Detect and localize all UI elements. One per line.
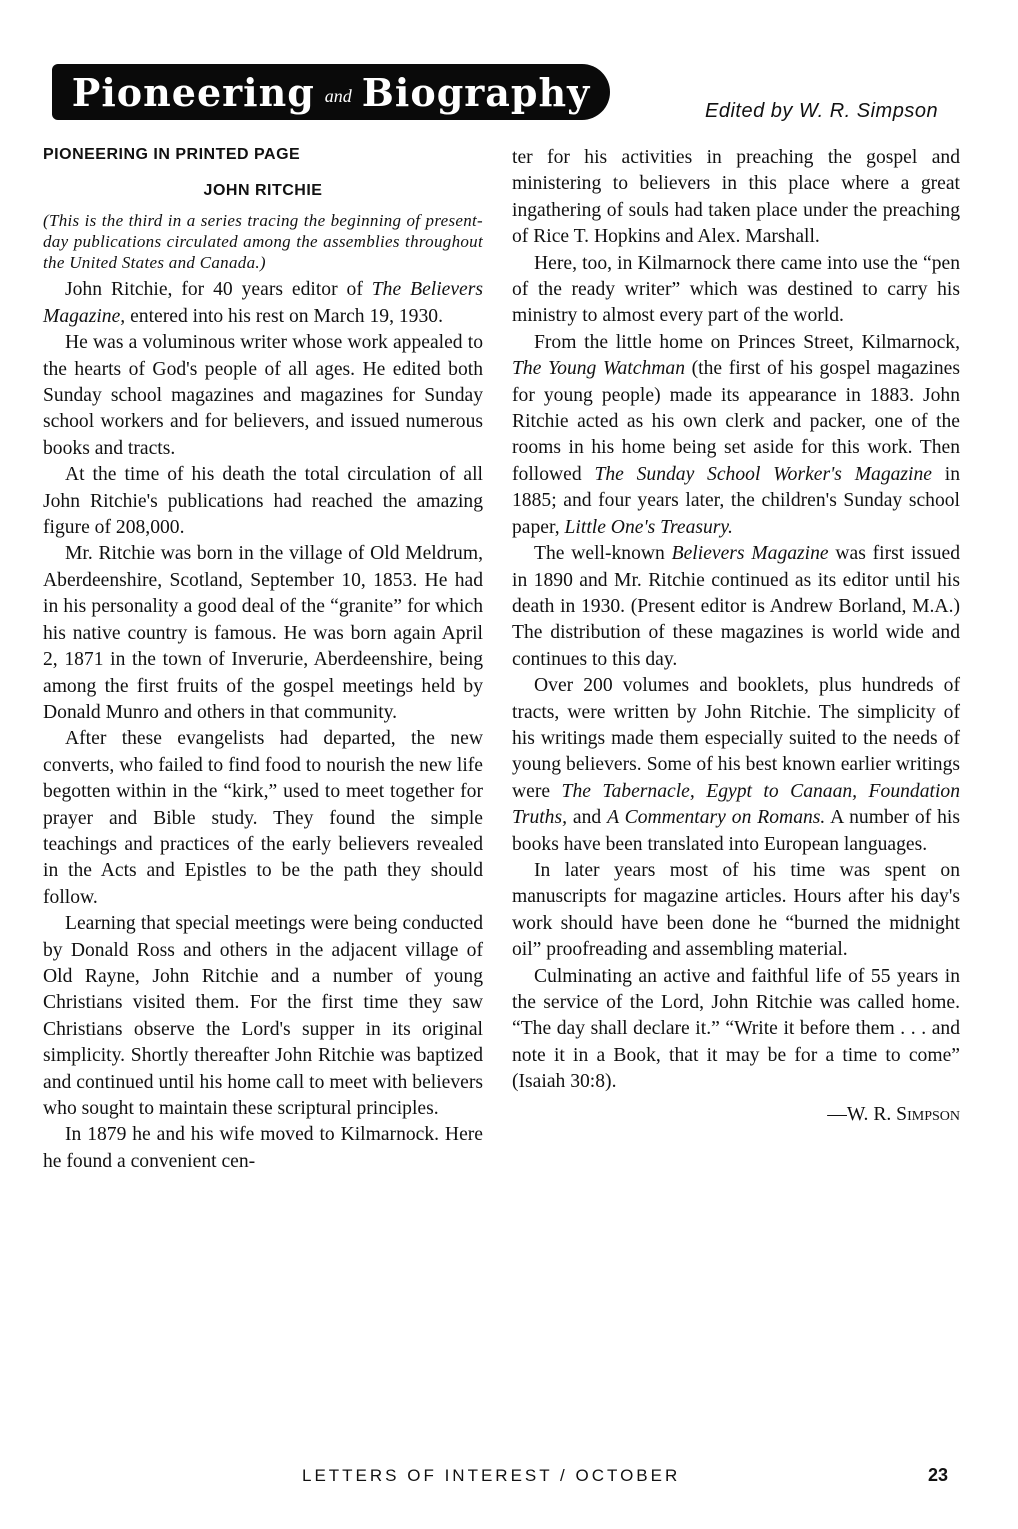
section-title: PIONEERING IN PRINTED PAGE bbox=[43, 146, 300, 164]
section-banner: Pioneering and Biography bbox=[52, 64, 610, 120]
banner-title-pioneering: Pioneering bbox=[72, 70, 315, 115]
footer-publication: LETTERS OF INTEREST / OCTOBER bbox=[302, 1466, 680, 1486]
paragraph: In 1879 he and his wife moved to Kilmarn… bbox=[43, 1122, 483, 1175]
paragraph: Mr. Ritchie was born in the village of O… bbox=[43, 541, 483, 726]
paragraph: John Ritchie, for 40 years editor of The… bbox=[43, 277, 483, 330]
series-intro: (This is the third in a series tracing t… bbox=[43, 210, 483, 273]
editor-credit: Edited by W. R. Simpson bbox=[705, 100, 938, 123]
paragraph: The well-known Believers Magazine was fi… bbox=[512, 541, 960, 673]
page-number: 23 bbox=[928, 1465, 948, 1486]
paragraph: He was a voluminous writer whose work ap… bbox=[43, 330, 483, 462]
paragraph: Culminating an active and faithful life … bbox=[512, 964, 960, 1096]
right-column: ter for his activities in preaching the … bbox=[512, 145, 960, 1128]
left-column: JOHN RITCHIE (This is the third in a ser… bbox=[43, 178, 483, 1175]
paragraph: ter for his activities in preaching the … bbox=[512, 145, 960, 251]
paragraph: Over 200 volumes and booklets, plus hund… bbox=[512, 673, 960, 858]
banner-title-biography: Biography bbox=[362, 70, 590, 115]
paragraph: In later years most of his time was spen… bbox=[512, 858, 960, 964]
author-signature: —W. R. Simpson bbox=[512, 1102, 960, 1128]
paragraph: Here, too, in Kilmarnock there came into… bbox=[512, 251, 960, 330]
paragraph: At the time of his death the total circu… bbox=[43, 462, 483, 541]
paragraph: From the little home on Princes Street, … bbox=[512, 330, 960, 541]
paragraph: After these evangelists had departed, th… bbox=[43, 726, 483, 911]
banner-and: and bbox=[325, 86, 352, 107]
paragraph: Learning that special meetings were bein… bbox=[43, 911, 483, 1122]
author-heading: JOHN RITCHIE bbox=[43, 178, 483, 204]
